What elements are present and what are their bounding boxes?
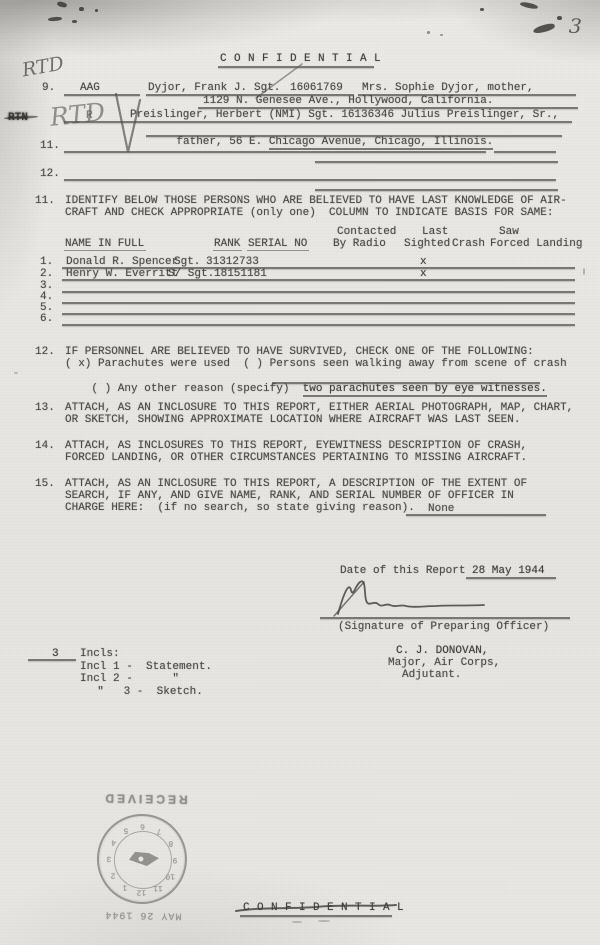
handwritten-rtd: RTD [49,97,107,132]
dial-number: 3 [106,854,111,863]
faint-dash [318,920,330,922]
row-line [62,279,575,281]
dial-number: 8 [168,838,173,847]
underline [247,250,309,251]
row-line [62,313,575,315]
received-stamp: MAY 26 1944 12 1 2 3 4 5 6 7 8 9 10 11 R… [83,791,205,921]
item10-address-prefix: father, 56 E. [176,136,268,148]
row-num: 6. [40,313,53,326]
ink-speck [79,7,84,11]
stamp-received-label: RECEIVED [85,791,205,807]
blank-line [494,151,556,153]
report-date-label: Date of this Report [340,565,472,578]
para11-line2: CRAFT AND CHECK APPROPRIATE (only one) C… [65,207,553,220]
underline [146,135,562,137]
para15-label: 15. [35,478,55,491]
item9-label: 9. [42,82,55,95]
faint-dash [292,921,302,923]
blank-line [64,179,556,181]
para13-label: 13. [35,402,55,415]
underline [272,382,540,384]
para13-line2: OR SKETCH, SHOWING APPROXIMATE LOCATION … [65,414,520,427]
page-number: 3 [568,14,582,39]
item12-label: 12. [40,168,60,181]
dial-number: 2 [111,870,116,879]
row-line [62,291,575,293]
ink-speck [557,16,562,20]
col-forced-landing: Forced Landing [490,238,582,251]
row-line [62,302,575,304]
ink-speck [48,16,62,21]
incls-line2: Incl 2 - " [80,673,179,686]
signature-scrawl [328,578,518,620]
para15-line3: CHARGE HERE: (if no search, so state giv… [65,502,415,515]
handwritten-rtd: RTD [20,53,65,82]
incls-line3: " 3 - Sketch. [84,686,203,699]
dial-number: 4 [111,837,116,846]
underline [213,250,242,251]
item10-address: father, 56 E. Chicago Avenue, Chicago, I… [150,123,493,162]
para14-label: 14. [35,440,55,453]
ink-speck [95,9,98,12]
col-by-radio: By Radio [333,238,386,251]
ink-speck [480,8,484,11]
document-page: 3 C O N F I D E N T I A L RTD RTD RTN 9.… [0,0,600,945]
stamp-date: MAY 26 1944 [83,908,203,921]
row-line [62,324,575,326]
col-crash: Crash [452,238,485,251]
underline [28,659,76,661]
ink-speck [57,1,68,8]
para12-label: 12. [35,346,55,359]
blank-line [315,189,558,191]
item10-address-underlined: Chicago Avenue, Chicago, Illinois. [269,136,493,150]
ink-speck [14,372,18,374]
para12-line3-prefix: ( ) Any other reason (specify) [91,383,302,395]
ink-speck [440,34,443,36]
dial-number: 7 [156,826,161,835]
ink-speck [520,1,539,10]
underline [64,250,146,251]
blank-line [64,151,486,153]
signature-line [320,617,570,619]
dial-number: 6 [140,821,145,830]
blank-line [315,161,558,163]
dial-number: 11 [153,883,163,892]
col-sighted: Sighted [404,238,450,251]
ink-speck [72,20,77,23]
para12-answer: two parachutes seen by eye witnesses. [303,383,547,397]
dial-number: 9 [172,855,177,864]
underline [406,514,546,516]
ink-speck [583,268,585,275]
ink-speck [427,31,430,34]
item11-label: 11. [40,140,60,153]
dial-number: 1 [122,883,127,892]
signature-caption: (Signature of Preparing Officer) [338,621,549,634]
dial-number: 5 [123,826,128,835]
para11-label: 11. [35,195,55,208]
strike-line [232,898,402,916]
ink-speck [532,22,555,34]
underline [64,94,140,96]
stamp-pointer-icon [125,850,159,867]
para14-line2: FORCED LANDING, OR OTHER CIRCUMSTANCES P… [65,452,527,465]
dial-number: 10 [165,871,175,880]
stamp-clock-dial: 12 1 2 3 4 5 6 7 8 9 10 11 [96,813,188,905]
dial-number: 12 [136,887,146,896]
signer-title: Adjutant. [402,669,461,682]
incls-heading: Incls: [80,648,120,661]
